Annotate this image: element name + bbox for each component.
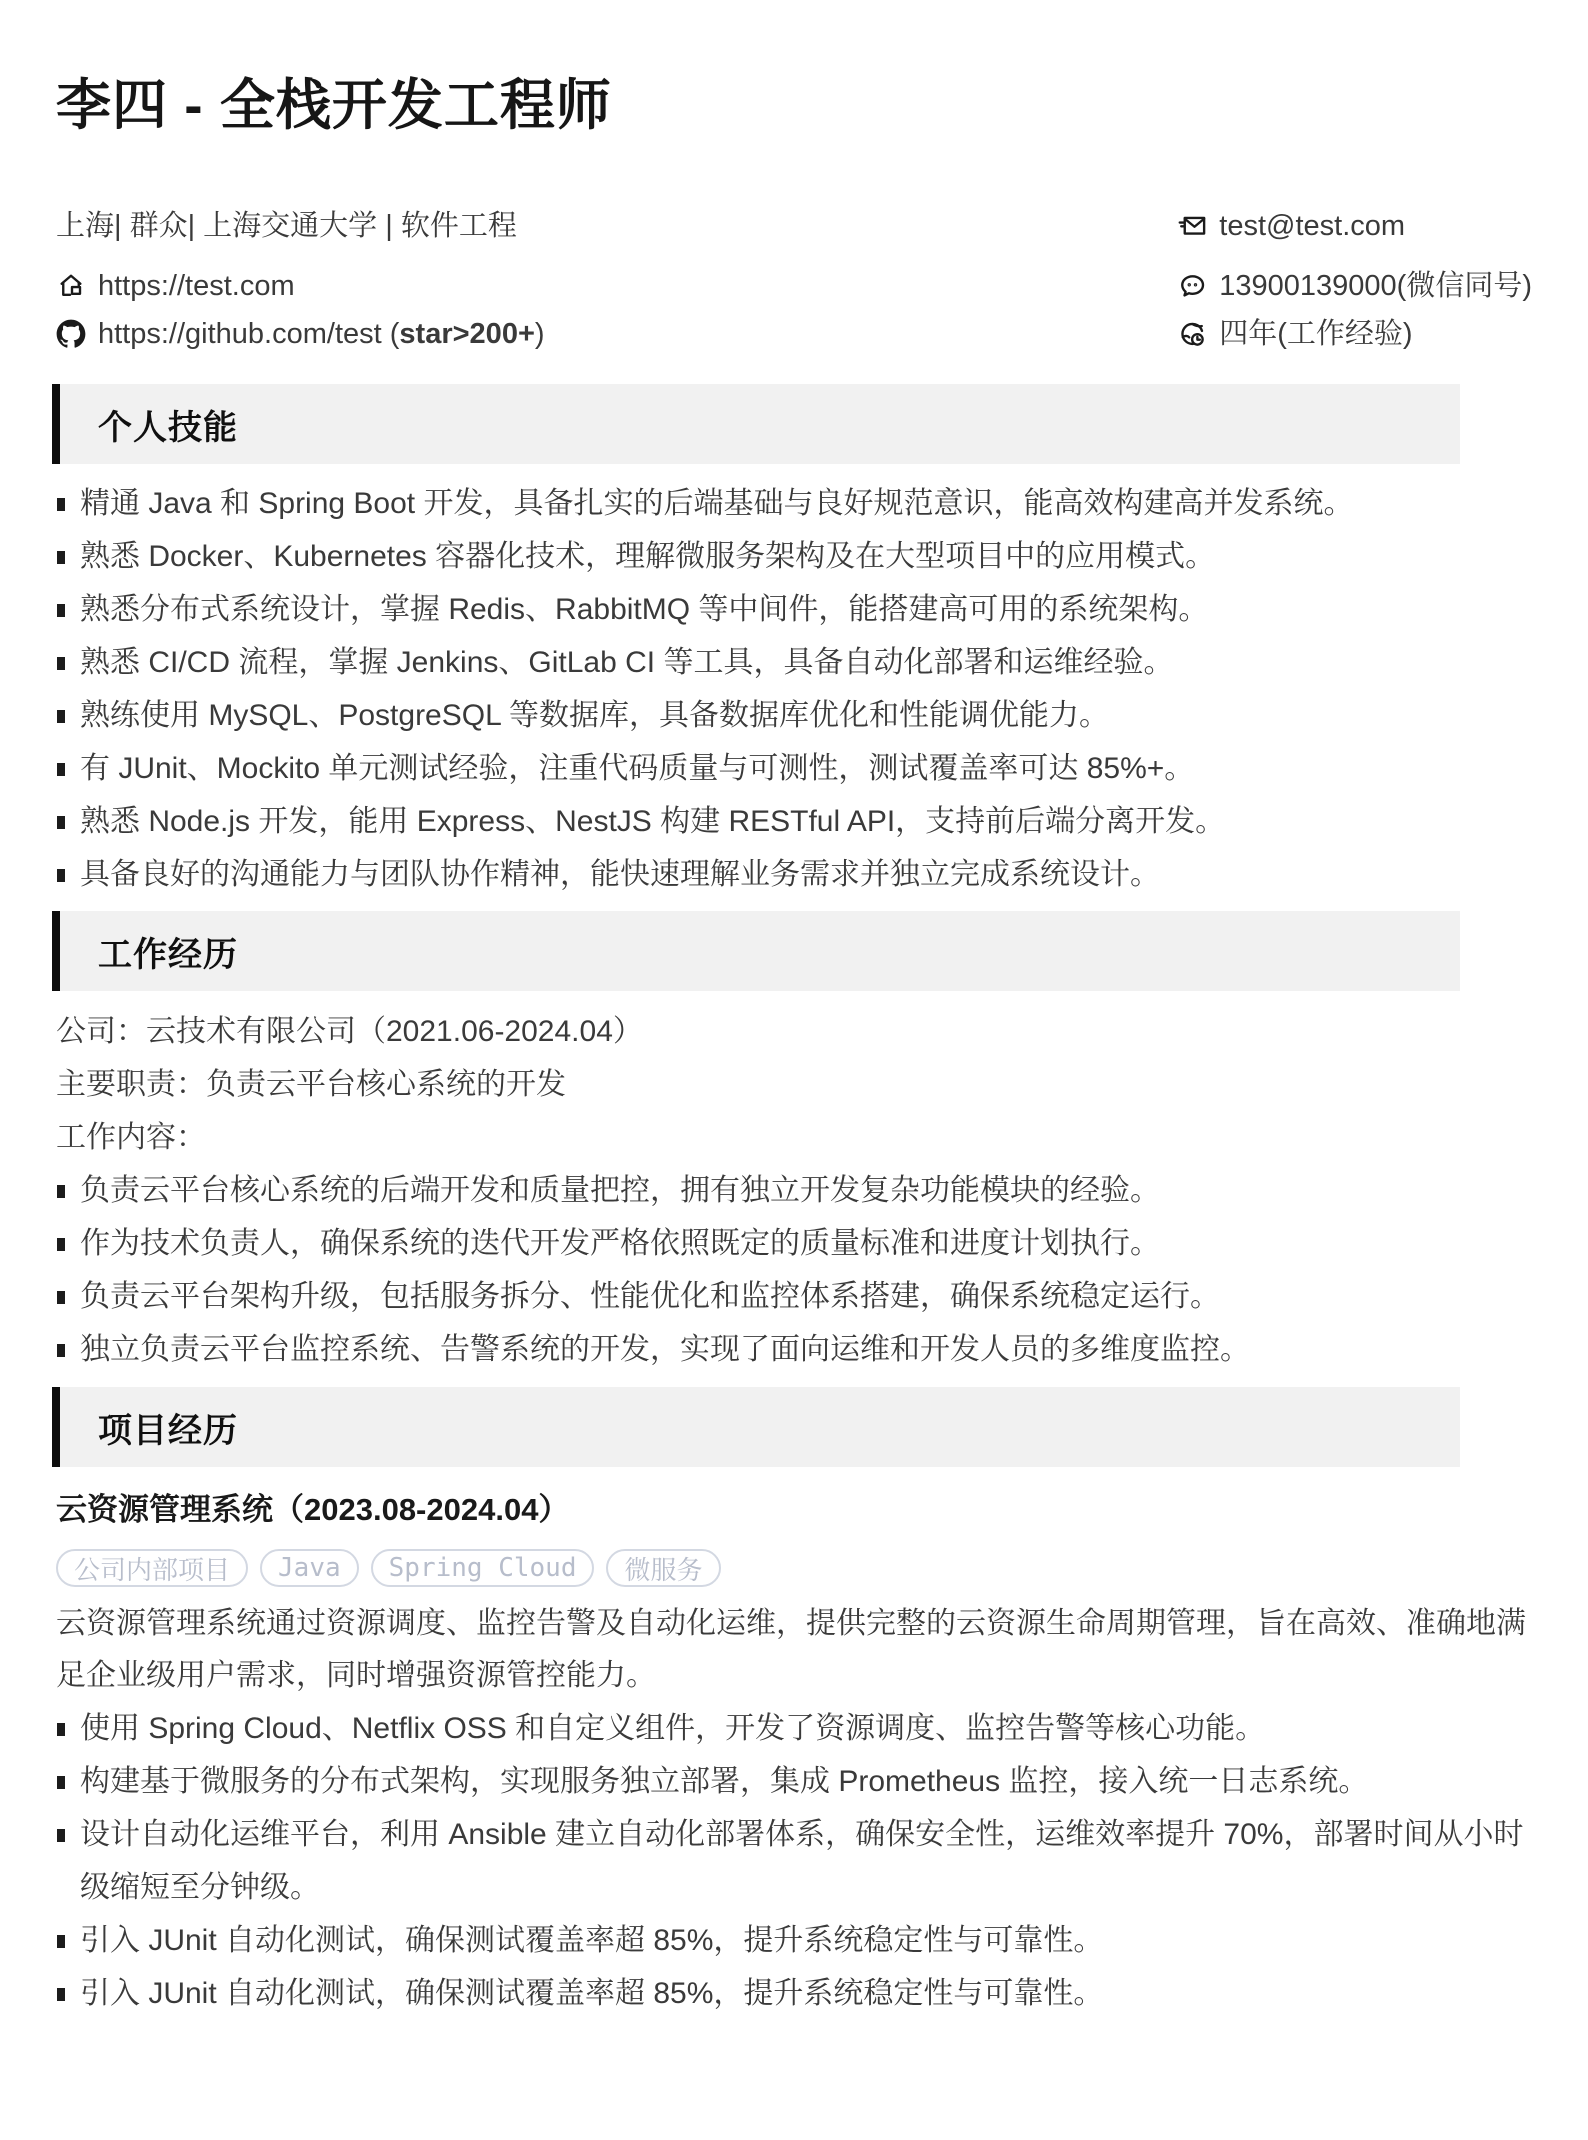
page-title: 李四 - 全栈开发工程师 (56, 0, 1532, 134)
project-item: 设计自动化运维平台，利用 Ansible 建立自动化部署体系，确保安全性，运维效… (56, 1808, 1532, 1914)
section-title-skills: 个人技能 (98, 400, 238, 449)
skills-list: 精通 Java 和 Spring Boot 开发，具备扎实的后端基础与良好规范意… (56, 477, 1532, 901)
tag-pill: 微服务 (606, 1549, 720, 1587)
project-item: 引入 JUnit 自动化测试，确保测试覆盖率超 85%，提升系统稳定性与可靠性。 (56, 1967, 1532, 2020)
meta-text: 上海| 群众| 上海交通大学 | 软件工程 (56, 202, 517, 250)
project-tags: 公司内部项目JavaSpring Cloud微服务 (56, 1549, 1532, 1587)
work-item: 负责云平台架构升级，包括服务拆分、性能优化和监控体系搭建，确保系统稳定运行。 (56, 1270, 1532, 1323)
skill-item: 有 JUnit、Mockito 单元测试经验，注重代码质量与可测性，测试覆盖率可… (56, 742, 1532, 795)
work-item: 作为技术负责人，确保系统的迭代开发严格依照既定的质量标准和进度计划执行。 (56, 1217, 1532, 1270)
email-text[interactable]: test@test.com (1219, 202, 1405, 250)
website-row[interactable]: https://test.com (56, 262, 545, 310)
work-duty-line: 主要职责：负责云平台核心系统的开发 (56, 1058, 1532, 1111)
section-title-projects: 项目经历 (98, 1403, 238, 1452)
phone-text: 13900139000(微信同号) (1219, 262, 1532, 310)
experience-row: 四年(工作经验) (1177, 310, 1532, 358)
github-stars: star>200+ (399, 318, 534, 350)
experience-text: 四年(工作经验) (1219, 310, 1412, 358)
meta-line: 上海| 群众| 上海交通大学 | 软件工程 (56, 202, 545, 250)
github-link[interactable]: https://github.com/test (star>200+) (98, 310, 545, 358)
section-header-skills: 个人技能 (52, 384, 1460, 464)
home-icon (56, 271, 86, 301)
mail-send-icon (1177, 211, 1207, 241)
tag-pill: Java (260, 1549, 359, 1587)
email-row[interactable]: test@test.com (1177, 202, 1532, 250)
work-content-label: 工作内容： (56, 1111, 1532, 1164)
phone-row: 13900139000(微信同号) (1177, 262, 1532, 310)
skill-item: 熟悉 CI/CD 流程，掌握 Jenkins、GitLab CI 等工具，具备自… (56, 636, 1532, 689)
github-row[interactable]: https://github.com/test (star>200+) (56, 310, 545, 358)
globe-clock-icon (1177, 319, 1207, 349)
resume-page: 李四 - 全栈开发工程师 上海| 群众| 上海交通大学 | 软件工程 https… (0, 0, 1588, 2140)
work-item: 负责云平台核心系统的后端开发和质量把控，拥有独立开发复杂功能模块的经验。 (56, 1164, 1532, 1217)
project-item: 构建基于微服务的分布式架构，实现服务独立部署，集成 Prometheus 监控，… (56, 1755, 1532, 1808)
tag-pill: Spring Cloud (371, 1549, 595, 1587)
project-description: 云资源管理系统通过资源调度、监控告警及自动化运维，提供完整的云资源生命周期管理，… (56, 1598, 1532, 1702)
skill-item: 熟悉分布式系统设计，掌握 Redis、RabbitMQ 等中间件，能搭建高可用的… (56, 583, 1532, 636)
skill-item: 熟练使用 MySQL、PostgreSQL 等数据库，具备数据库优化和性能调优能… (56, 689, 1532, 742)
work-item: 独立负责云平台监控系统、告警系统的开发，实现了面向运维和开发人员的多维度监控。 (56, 1323, 1532, 1376)
project-item: 引入 JUnit 自动化测试，确保测试覆盖率超 85%，提升系统稳定性与可靠性。 (56, 1914, 1532, 1967)
skill-item: 具备良好的沟通能力与团队协作精神，能快速理解业务需求并独立完成系统设计。 (56, 848, 1532, 901)
skill-item: 熟悉 Node.js 开发，能用 Express、NestJS 构建 RESTf… (56, 795, 1532, 848)
section-header-projects: 项目经历 (52, 1387, 1460, 1467)
chat-bubble-icon (1177, 271, 1207, 301)
project-name: 云资源管理系统（2023.08-2024.04） (56, 1483, 1532, 1536)
header-info: 上海| 群众| 上海交通大学 | 软件工程 https://test.com (56, 202, 1532, 358)
skill-item: 精通 Java 和 Spring Boot 开发，具备扎实的后端基础与良好规范意… (56, 477, 1532, 530)
header-info-right: test@test.com 13900139000(微信同号) (1177, 202, 1532, 358)
header-info-left: 上海| 群众| 上海交通大学 | 软件工程 https://test.com (56, 202, 545, 358)
work-company-line: 公司：云技术有限公司（2021.06-2024.04） (56, 1005, 1532, 1058)
section-title-work: 工作经历 (98, 927, 238, 976)
work-list: 负责云平台核心系统的后端开发和质量把控，拥有独立开发复杂功能模块的经验。作为技术… (56, 1164, 1532, 1376)
website-link[interactable]: https://test.com (98, 262, 295, 310)
skill-item: 熟悉 Docker、Kubernetes 容器化技术，理解微服务架构及在大型项目… (56, 530, 1532, 583)
work-summary: 公司：云技术有限公司（2021.06-2024.04） 主要职责：负责云平台核心… (56, 1005, 1532, 1164)
section-header-work: 工作经历 (52, 911, 1460, 991)
github-icon (56, 319, 86, 349)
project-item: 使用 Spring Cloud、Netflix OSS 和自定义组件，开发了资源… (56, 1702, 1532, 1755)
project-list: 使用 Spring Cloud、Netflix OSS 和自定义组件，开发了资源… (56, 1702, 1532, 2020)
tag-pill: 公司内部项目 (56, 1549, 248, 1587)
